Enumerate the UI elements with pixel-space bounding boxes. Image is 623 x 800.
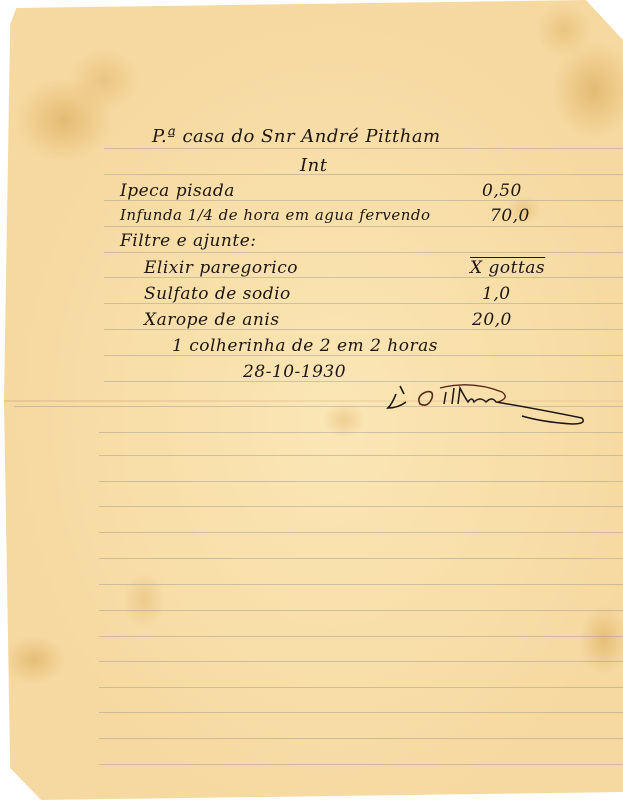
ruled-line: [99, 610, 623, 611]
ruled-line: [104, 148, 623, 149]
usage-label: Int: [300, 155, 327, 176]
ruled-line: [99, 712, 623, 713]
dosage-line: 1 colherinha de 2 em 2 horas: [172, 336, 438, 356]
ruled-line: [99, 584, 623, 585]
ingredient-amount: 20,0: [472, 310, 512, 330]
instruction-line: Filtre e ajunte:: [120, 231, 256, 251]
ruled-line: [99, 481, 623, 482]
signature: D. Pittham: [382, 374, 602, 430]
ruled-line: [99, 764, 623, 765]
ruled-line: [99, 532, 623, 533]
ruled-line: [99, 455, 623, 456]
ingredient-line: Elixir paregorico: [144, 258, 298, 278]
ingredient-amount: X gottas: [470, 258, 545, 278]
ruled-line: [104, 252, 623, 253]
ingredient-line: Ipeca pisada: [120, 181, 235, 201]
ingredient-amount: 0,50: [482, 181, 522, 201]
ruled-line: [99, 636, 623, 637]
ruled-line: [99, 661, 623, 662]
ingredient-amount: 70,0: [490, 206, 530, 226]
patient-line: P.ª casa do Snr André Pittham: [152, 126, 441, 147]
ruled-line: [104, 226, 623, 227]
signature-flourish-icon: [382, 374, 602, 430]
ingredient-line: Infunda 1/4 de hora em agua fervendo: [120, 206, 431, 224]
ruled-line: [99, 506, 623, 507]
date-line: 28-10-1930: [243, 362, 346, 382]
ruled-line: [99, 738, 623, 739]
ingredient-line: Xarope de anis: [144, 310, 280, 330]
ruled-line: [99, 432, 623, 433]
ingredient-line: Sulfato de sodio: [144, 284, 291, 304]
ruled-line: [104, 174, 623, 175]
ingredient-amount: 1,0: [482, 284, 511, 304]
ruled-line: [99, 687, 623, 688]
ruled-line: [99, 558, 623, 559]
